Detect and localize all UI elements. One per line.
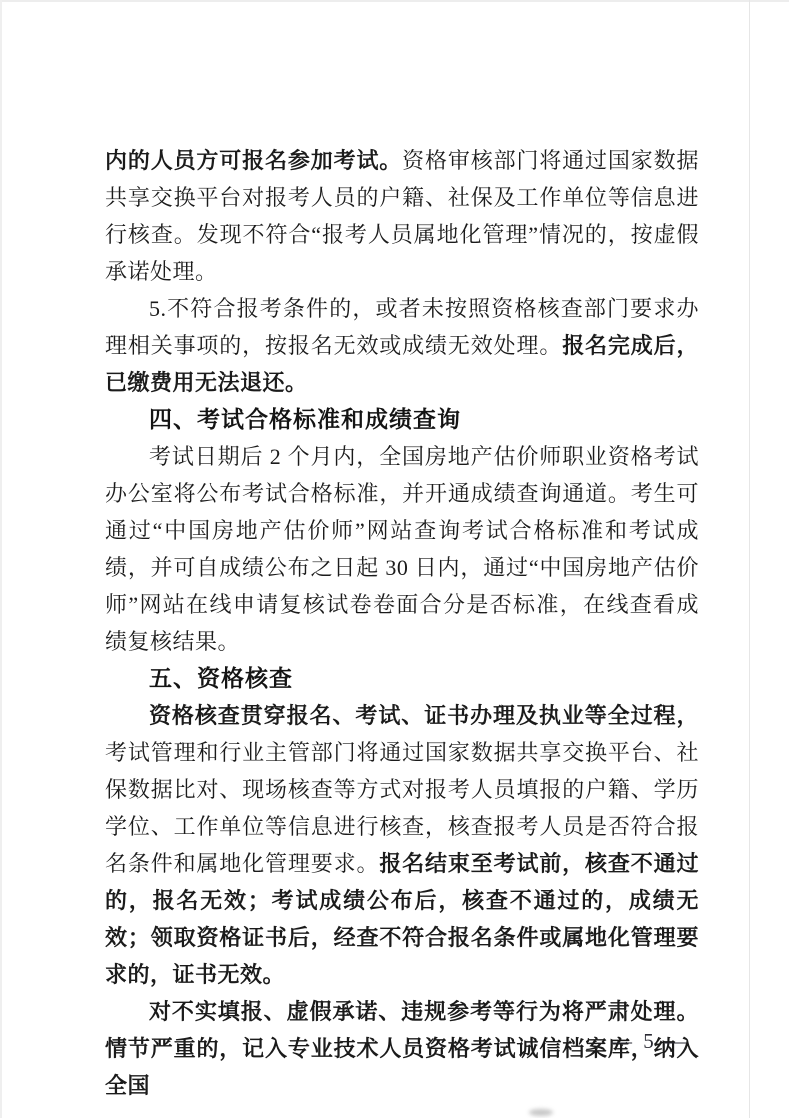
document-body: 内的人员方可报名参加考试。资格审核部门将通过国家数据共享交换平台对报考人员的户籍… (105, 142, 699, 1104)
text-run: 资格核查贯穿报名、考试、证书办理及执业等全过程， (149, 703, 699, 728)
heading-section-5-qualification-check: 五、资格核查 (105, 660, 699, 697)
scan-edge-right (749, 0, 750, 1118)
text-run: 内的人员方可报名参加考试。 (105, 148, 402, 173)
document-page: 内的人员方可报名参加考试。资格审核部门将通过国家数据共享交换平台对报考人员的户籍… (0, 0, 789, 1118)
paragraph-item5-invalid: 5.不符合报考条件的，或者未按照资格核查部门要求办理相关事项的，按报名无效或成绩… (105, 290, 699, 401)
text-run: 考试日期后 2 个月内，全国房地产估价师职业资格考试办公室将公布考试合格标准，并… (105, 444, 699, 654)
paragraph-violations-handling: 对不实填报、虚假承诺、违规参考等行为将严肃处理。情节严重的，记入专业技术人员资格… (105, 993, 699, 1104)
scan-edge-top (0, 0, 789, 2)
paragraph-registration-locality: 内的人员方可报名参加考试。资格审核部门将通过国家数据共享交换平台对报考人员的户籍… (105, 142, 699, 290)
paragraph-qualification-check: 资格核查贯穿报名、考试、证书办理及执业等全过程，考试管理和行业主管部门将通过国家… (105, 697, 699, 993)
scan-edge-left (0, 0, 2, 1118)
text-run: 对不实填报、虚假承诺、违规参考等行为将严肃处理。情节严重的，记入专业技术人员资格… (105, 999, 699, 1098)
page-number: — 5 — (611, 1026, 689, 1056)
heading-section-4-pass-standard-and-score-inquiry: 四、考试合格标准和成绩查询 (105, 401, 699, 438)
paragraph-score-inquiry: 考试日期后 2 个月内，全国房地产估价师职业资格考试办公室将公布考试合格标准，并… (105, 438, 699, 660)
scan-smudge (529, 1109, 553, 1116)
